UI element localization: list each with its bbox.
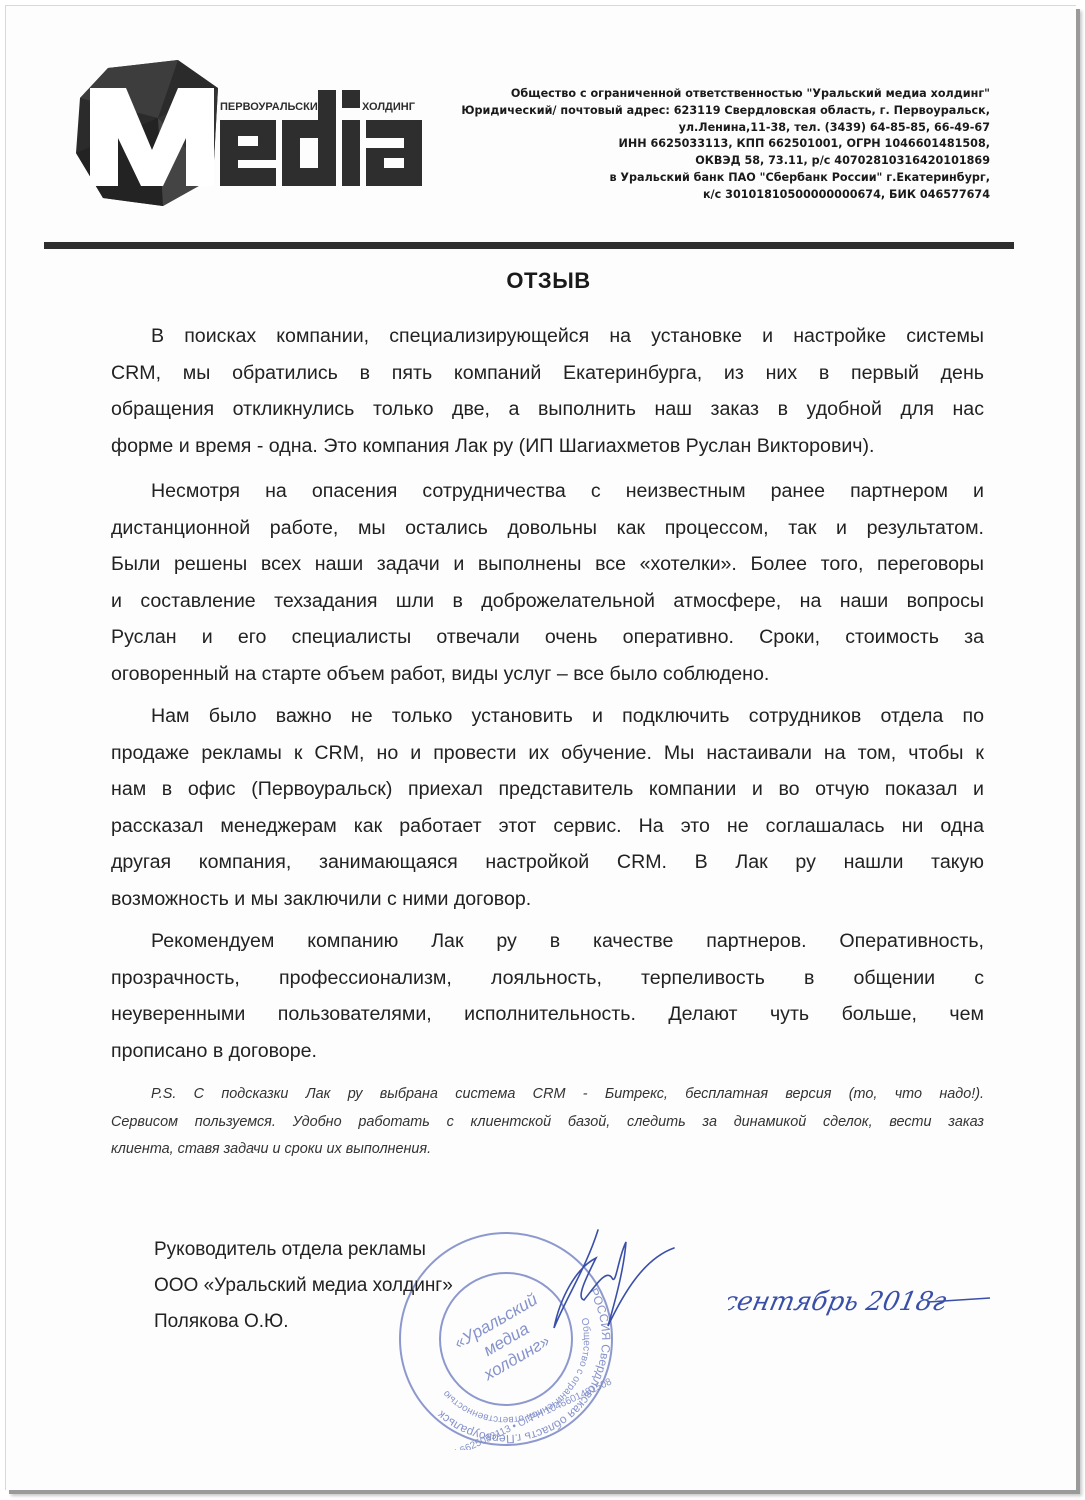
document-title: ОТЗЫВ: [6, 268, 1085, 294]
text-line: Были решены всех наши задачи и выполнены…: [111, 546, 984, 583]
text-line: Нам было важно не только установить и по…: [111, 698, 984, 735]
company-info-line: ИНН 6625033113, КПП 662501001, ОГРН 1046…: [430, 136, 990, 153]
paragraph-1: В поисках компании, специализирующейся н…: [111, 318, 984, 464]
text-line: возможность и мы заключили с ними догово…: [111, 881, 984, 918]
ps-line: клиента, ставя задачи и сроки их выполне…: [111, 1136, 984, 1164]
company-info-line: в Уральский банк ПАО "Сбербанк России" г…: [430, 170, 990, 187]
paragraph-2: Несмотря на опасения сотрудничества с не…: [111, 473, 984, 692]
paragraph-4: Рекомендуем компанию Лак ру в качестве п…: [111, 923, 984, 1069]
postscript: P.S. С подсказки Лак ру выбрана система …: [111, 1081, 984, 1164]
text-line: В поисках компании, специализирующейся н…: [111, 318, 984, 355]
signature-block: Руководитель отдела рекламы ООО «Уральск…: [154, 1232, 453, 1340]
document-sheet: ПЕРВОУРАЛЬСКИЙ ХОЛДИНГ Общество с ограни…: [5, 5, 1076, 1490]
text-line: прописано в договоре.: [111, 1033, 984, 1070]
ps-line: Сервисом пользуемся. Удобно работать с к…: [111, 1109, 984, 1137]
signer-organization: ООО «Уральский медиа холдинг»: [154, 1268, 453, 1304]
text-line: и составление техзадания шли в доброжела…: [111, 583, 984, 620]
paragraph-3: Нам было важно не только установить и по…: [111, 698, 984, 917]
company-info-line: Юридический/ почтовый адрес: 623119 Свер…: [430, 103, 990, 120]
text-line: Рекомендуем компанию Лак ру в качестве п…: [111, 923, 984, 960]
signer-position: Руководитель отдела рекламы: [154, 1232, 453, 1268]
header-divider: [44, 242, 1014, 249]
company-requisites: Общество с ограниченной ответственностью…: [430, 86, 990, 204]
text-line: дистанционной работе, мы остались доволь…: [111, 510, 984, 547]
text-line: нам в офис (Первоуральск) приехал предст…: [111, 771, 984, 808]
logo-tagline-right: ХОЛДИНГ: [362, 101, 416, 113]
company-info-line: Общество с ограниченной ответственностью…: [430, 86, 990, 103]
text-line: обращения откликнулись только две, а вып…: [111, 391, 984, 428]
polygon-gem-logo-icon: ПЕРВОУРАЛЬСКИЙ ХОЛДИНГ: [68, 58, 428, 208]
text-line: Руслан и его специалисты отвечали очень …: [111, 619, 984, 656]
handwritten-date: сентябрь 2018г: [728, 1268, 998, 1328]
company-info-line: ул.Ленина,11-38, тел. (3439) 64-85-85, 6…: [430, 120, 990, 137]
logo-tagline-left: ПЕРВОУРАЛЬСКИЙ: [220, 100, 326, 113]
text-line: форме и время - одна. Это компания Лак р…: [111, 428, 984, 465]
text-line: продаже рекламы к CRM, но и провести их …: [111, 735, 984, 772]
ps-line: P.S. С подсказки Лак ру выбрана система …: [111, 1081, 984, 1109]
company-info-line: к/с 30101810500000000674, БИК 046577674: [430, 187, 990, 204]
text-line: прозрачность, профессионализм, лояльност…: [111, 960, 984, 997]
text-line: другая компания, занимающаяся настройкой…: [111, 844, 984, 881]
text-line: рассказал менеджерам как работает этот с…: [111, 808, 984, 845]
signer-name: Полякова О.Ю.: [154, 1304, 453, 1340]
text-line: CRM, мы обратились в пять компаний Екате…: [111, 355, 984, 392]
text-line: неуверенными пользователями, исполнитель…: [111, 996, 984, 1033]
svg-text:сентябрь 2018г: сентябрь 2018г: [728, 1287, 949, 1317]
handwritten-signature-icon: [546, 1228, 676, 1338]
company-info-line: ОКВЭД 58, 73.11, р/с 4070281031642010186…: [430, 153, 990, 170]
text-line: Несмотря на опасения сотрудничества с не…: [111, 473, 984, 510]
media-holding-logo: ПЕРВОУРАЛЬСКИЙ ХОЛДИНГ: [68, 58, 428, 208]
text-line: оговоренный на старте объем работ, виды …: [111, 656, 984, 693]
